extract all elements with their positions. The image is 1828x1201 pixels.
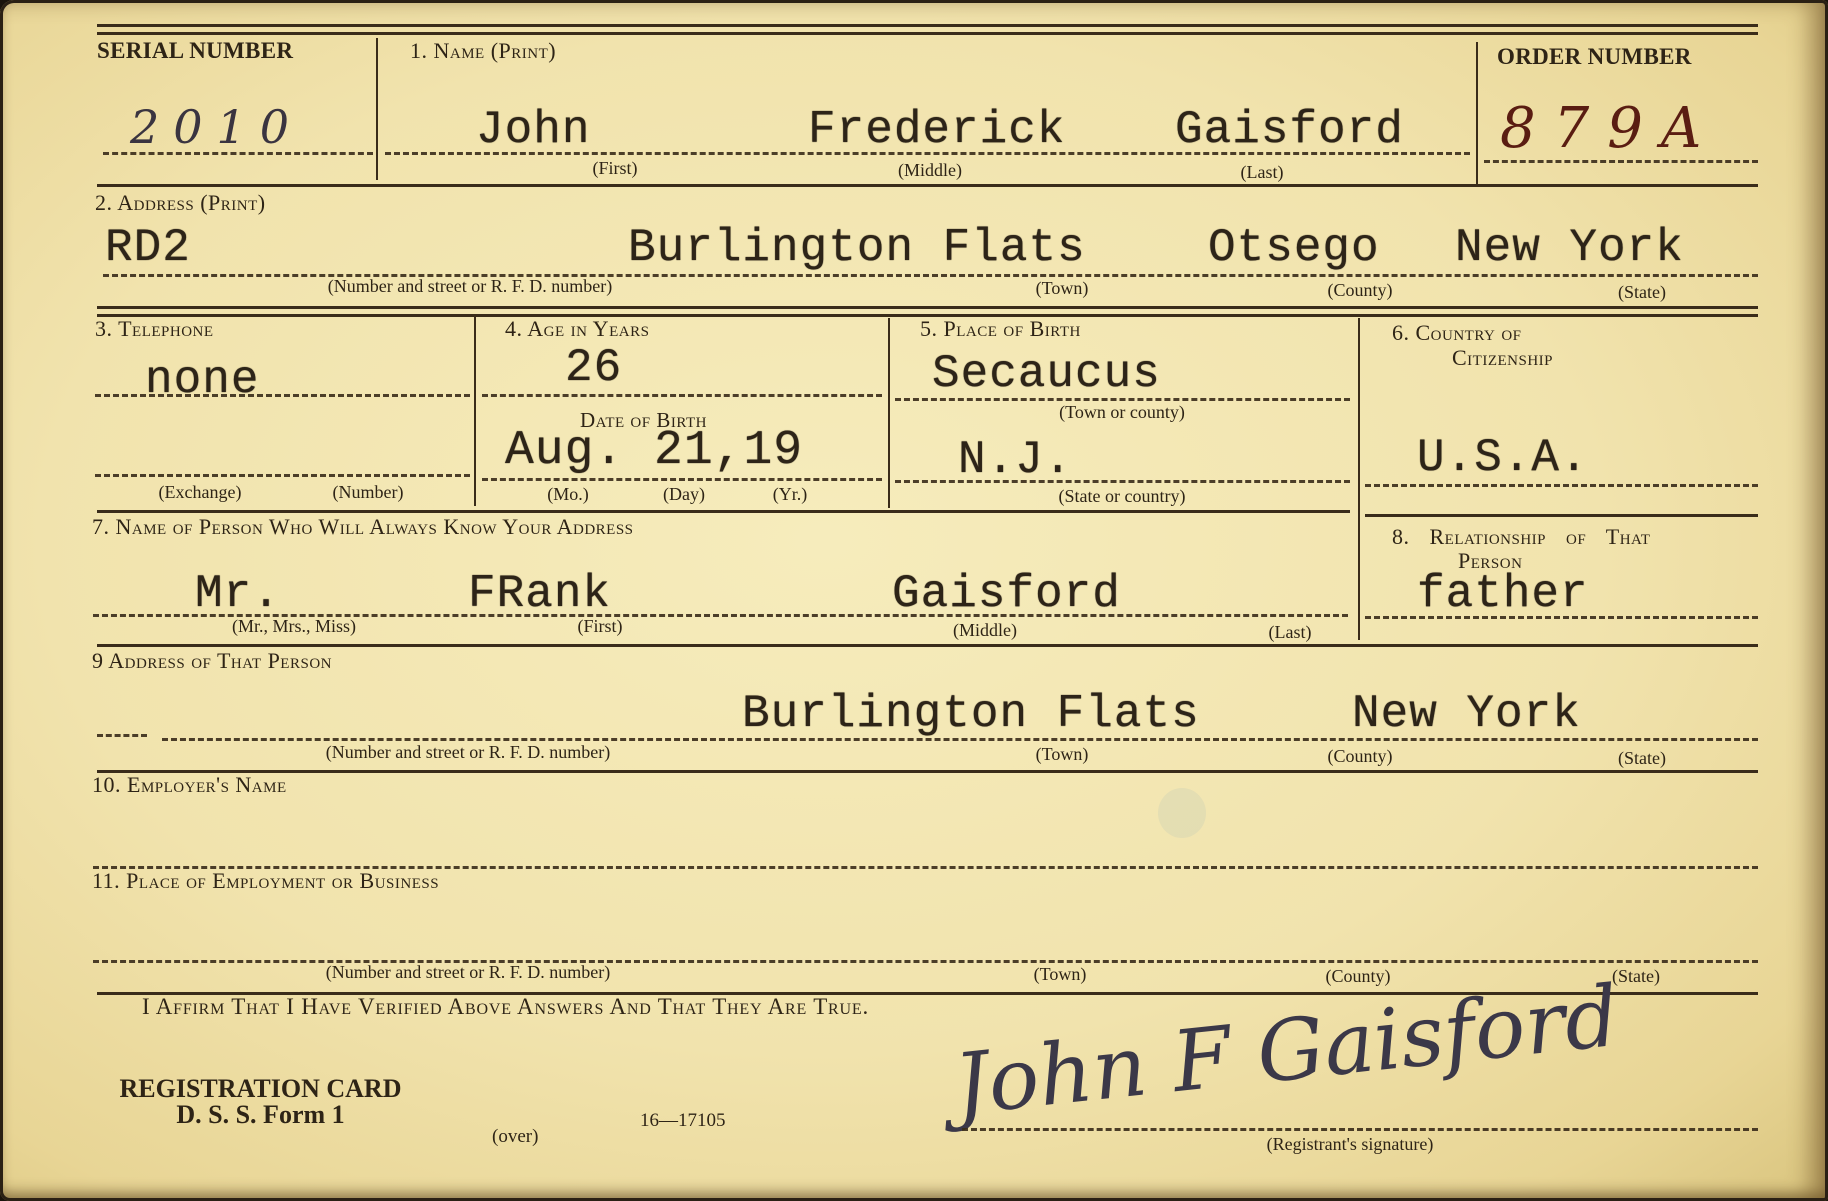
telephone-line-1 bbox=[95, 394, 470, 397]
place-of-birth-town-line bbox=[895, 398, 1350, 401]
paper-stain bbox=[1158, 788, 1206, 838]
citizenship-value: U.S.A. bbox=[1417, 432, 1589, 484]
citizenship-line bbox=[1365, 484, 1758, 487]
dob-caption-month: (Mo.) bbox=[547, 484, 589, 505]
serial-number-value: 2010 bbox=[130, 100, 303, 154]
order-number-label: ORDER NUMBER bbox=[1497, 44, 1692, 70]
form-number: D. S. S. Form 1 bbox=[88, 1102, 433, 1128]
name-middle: Frederick bbox=[808, 104, 1065, 156]
contact-address-caption-county: (County) bbox=[1328, 746, 1393, 767]
order-number-value: 879A bbox=[1500, 96, 1719, 161]
name-line bbox=[385, 152, 1470, 155]
row9-bottom-rule bbox=[97, 770, 1758, 773]
row2-bottom-rule-1 bbox=[97, 306, 1758, 309]
address-county: Otsego bbox=[1208, 222, 1380, 274]
divider-phone-age bbox=[474, 316, 476, 506]
contact-address-caption-state: (State) bbox=[1618, 748, 1666, 769]
contact-caption-title: (Mr., Mrs., Miss) bbox=[232, 616, 356, 637]
place-of-birth-state: N.J. bbox=[958, 434, 1072, 486]
contact-person-first: FRank bbox=[468, 568, 611, 620]
contact-address-caption-town: (Town) bbox=[1036, 744, 1089, 765]
age-line bbox=[482, 394, 882, 397]
serial-number-label: SERIAL NUMBER bbox=[97, 38, 293, 64]
contact-caption-last: (Last) bbox=[1269, 622, 1312, 643]
contact-person-label: 7. Name of Person Who Will Always Know Y… bbox=[92, 514, 634, 540]
employment-caption-state: (State) bbox=[1612, 966, 1660, 987]
over-indicator: (over) bbox=[492, 1126, 538, 1148]
contact-address-line-stub bbox=[97, 734, 147, 737]
telephone-label: 3. Telephone bbox=[95, 316, 214, 342]
signature-caption: (Registrant's signature) bbox=[1267, 1134, 1434, 1155]
age-value: 26 bbox=[565, 342, 622, 394]
contact-person-title: Mr. bbox=[195, 568, 281, 620]
employment-place-label: 11. Place of Employment or Business bbox=[92, 868, 439, 894]
contact-address-label: 9 Address of That Person bbox=[92, 648, 332, 674]
address-street: RD2 bbox=[105, 222, 191, 274]
order-number-line bbox=[1484, 160, 1758, 163]
affirmation-text: I Affirm That I Have Verified Above Answ… bbox=[142, 994, 869, 1020]
address-caption-town: (Town) bbox=[1036, 278, 1089, 299]
address-caption-street: (Number and street or R. F. D. number) bbox=[328, 276, 613, 297]
address-caption-state: (State) bbox=[1618, 282, 1666, 303]
divider-birth-citizenship bbox=[1358, 318, 1360, 640]
name-label: 1. Name (Print) bbox=[410, 38, 556, 64]
divider-name-order bbox=[1476, 42, 1478, 184]
citizenship-bottom-rule bbox=[1365, 514, 1758, 517]
name-caption-middle: (Middle) bbox=[898, 160, 962, 181]
employer-label: 10. Employer's Name bbox=[92, 772, 287, 798]
dob-line bbox=[482, 478, 882, 481]
print-code: 16—17105 bbox=[640, 1110, 726, 1132]
contact-address-caption-street: (Number and street or R. F. D. number) bbox=[326, 742, 611, 763]
name-first: John bbox=[476, 104, 590, 156]
employment-caption-street: (Number and street or R. F. D. number) bbox=[326, 962, 611, 983]
address-town: Burlington Flats bbox=[628, 222, 1086, 274]
place-of-birth-label: 5. Place of Birth bbox=[920, 316, 1081, 342]
place-of-birth-town-caption: (Town or county) bbox=[1059, 402, 1185, 423]
place-of-birth-town: Secaucus bbox=[932, 348, 1161, 400]
relationship-label-1: 8. Relationship of That bbox=[1392, 524, 1650, 550]
row3-bottom-rule bbox=[97, 510, 1350, 513]
name-caption-last: (Last) bbox=[1241, 162, 1284, 183]
signature-line bbox=[962, 1128, 1758, 1131]
contact-person-middle: Gaisford bbox=[892, 568, 1121, 620]
telephone-line-2 bbox=[95, 474, 470, 477]
registration-card-title: REGISTRATION CARD bbox=[88, 1076, 433, 1102]
row1-bottom-rule bbox=[97, 184, 1758, 187]
relationship-value: father bbox=[1417, 568, 1589, 620]
dob-caption-year: (Yr.) bbox=[773, 484, 808, 505]
contact-address-town: Burlington Flats bbox=[742, 688, 1200, 740]
citizenship-label-1: 6. Country of bbox=[1392, 320, 1522, 346]
place-of-birth-state-caption: (State or country) bbox=[1059, 486, 1186, 507]
name-caption-first: (First) bbox=[593, 158, 638, 179]
serial-number-line bbox=[103, 152, 373, 155]
place-of-birth-state-line bbox=[895, 480, 1350, 483]
contact-address-line bbox=[162, 738, 1758, 741]
employment-caption-town: (Town) bbox=[1034, 964, 1087, 985]
address-caption-county: (County) bbox=[1328, 280, 1393, 301]
contact-caption-middle: (Middle) bbox=[953, 620, 1017, 641]
divider-serial-name bbox=[376, 38, 378, 180]
registration-card: SERIAL NUMBER 2010 1. Name (Print) John … bbox=[0, 0, 1828, 1201]
dob-caption-day: (Day) bbox=[663, 484, 705, 505]
telephone-caption-exchange: (Exchange) bbox=[159, 482, 242, 503]
dob-value: Aug. 21,19 bbox=[505, 424, 803, 478]
age-label: 4. Age in Years bbox=[505, 316, 649, 342]
telephone-caption-number: (Number) bbox=[333, 482, 404, 503]
contact-address-state: New York bbox=[1352, 688, 1581, 740]
name-last: Gaisford bbox=[1175, 104, 1404, 156]
telephone-value: none bbox=[145, 354, 259, 406]
citizenship-label-2: Citizenship bbox=[1452, 345, 1553, 371]
relationship-line bbox=[1365, 616, 1758, 619]
address-state: New York bbox=[1455, 222, 1684, 274]
row7-bottom-rule bbox=[97, 644, 1758, 647]
top-rule-2 bbox=[97, 32, 1758, 35]
address-label: 2. Address (Print) bbox=[95, 190, 266, 216]
contact-caption-first: (First) bbox=[578, 616, 623, 637]
top-rule-1 bbox=[97, 24, 1758, 27]
employment-caption-county: (County) bbox=[1326, 966, 1391, 987]
divider-age-birth bbox=[888, 318, 890, 508]
